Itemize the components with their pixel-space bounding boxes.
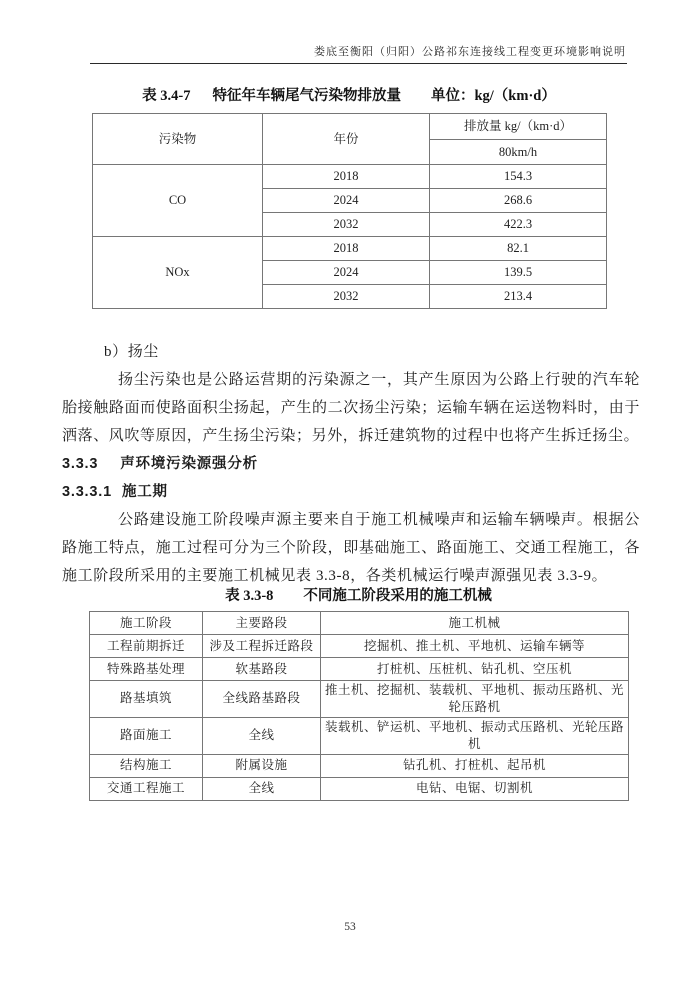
stage-cell: 特殊路基处理 [90, 658, 203, 681]
section-cell: 全线 [203, 717, 321, 754]
section-cell: 涉及工程拆迁路段 [203, 635, 321, 658]
table1-caption-unit: 单位：kg/（km·d） [431, 88, 556, 104]
machinery-header-cell: 施工机械 [321, 612, 629, 635]
pollutant-cell: NOx [93, 237, 263, 309]
machinery-table: 施工阶段 主要路段 施工机械 工程前期拆迁 涉及工程拆迁路段 挖掘机、推土机、平… [89, 611, 629, 801]
machinery-cell: 电钻、电锯、切割机 [321, 777, 629, 800]
emission-header-cell: 排放量 kg/（km·d） [430, 114, 607, 140]
running-header: 娄底至衡阳（归阳）公路祁东连接线工程变更环境影响说明 [314, 43, 626, 59]
section-title: 声环境污染源强分析 [120, 456, 258, 472]
section-cell: 全线路基路段 [203, 681, 321, 718]
page-number: 53 [0, 921, 700, 933]
dust-paragraph: 扬尘污染也是公路运营期的污染源之一，其产生原因为公路上行驶的汽车轮胎接触路面而使… [62, 366, 640, 450]
value-cell: 154.3 [430, 165, 607, 189]
pollutant-header-cell: 污染物 [93, 114, 263, 165]
section-title: 施工期 [122, 484, 168, 500]
machinery-cell: 装载机、铲运机、平地机、振动式压路机、光轮压路机 [321, 717, 629, 754]
table-header-row: 施工阶段 主要路段 施工机械 [90, 612, 629, 635]
table1-caption-title: 特征年车辆尾气污染物排放量 [212, 88, 401, 104]
speed-header-cell: 80km/h [430, 140, 607, 165]
section-number: 3.3.3 [62, 450, 98, 478]
value-cell: 213.4 [430, 285, 607, 309]
section-header-cell: 主要路段 [203, 612, 321, 635]
emissions-table: 污染物 年份 排放量 kg/（km·d） 80km/h CO 2018 154.… [92, 113, 607, 309]
table1-caption: 表 3.4-7特征年车辆尾气污染物排放量单位：kg/（km·d） [62, 84, 636, 105]
machinery-cell: 挖掘机、推土机、平地机、运输车辆等 [321, 635, 629, 658]
stage-cell: 路面施工 [90, 717, 203, 754]
dust-heading: b）扬尘 [62, 338, 640, 366]
pollutant-cell: CO [93, 165, 263, 237]
stage-cell: 结构施工 [90, 754, 203, 777]
table2-caption-title: 不同施工阶段采用的施工机械 [303, 588, 492, 604]
year-cell: 2024 [263, 261, 430, 285]
table2-caption-label: 表 3.3-8 [225, 588, 273, 604]
header-rule [90, 63, 627, 64]
document-page: 娄底至衡阳（归阳）公路祁东连接线工程变更环境影响说明 表 3.4-7特征年车辆尾… [0, 0, 700, 990]
year-cell: 2032 [263, 213, 430, 237]
table-row: NOx 2018 82.1 [93, 237, 607, 261]
value-cell: 139.5 [430, 261, 607, 285]
table-row: 工程前期拆迁 涉及工程拆迁路段 挖掘机、推土机、平地机、运输车辆等 [90, 635, 629, 658]
table-row: 路基填筑 全线路基路段 推土机、挖掘机、装载机、平地机、振动压路机、光轮压路机 [90, 681, 629, 718]
year-cell: 2018 [263, 165, 430, 189]
table-row: 污染物 年份 排放量 kg/（km·d） [93, 114, 607, 140]
stage-cell: 交通工程施工 [90, 777, 203, 800]
table1-caption-label: 表 3.4-7 [142, 88, 190, 104]
section-cell: 软基路段 [203, 658, 321, 681]
body-text: b）扬尘 扬尘污染也是公路运营期的污染源之一，其产生原因为公路上行驶的汽车轮胎接… [62, 338, 640, 590]
table-row: 特殊路基处理 软基路段 打桩机、压桩机、钻孔机、空压机 [90, 658, 629, 681]
table-row: 路面施工 全线 装载机、铲运机、平地机、振动式压路机、光轮压路机 [90, 717, 629, 754]
machinery-cell: 推土机、挖掘机、装载机、平地机、振动压路机、光轮压路机 [321, 681, 629, 718]
year-cell: 2032 [263, 285, 430, 309]
value-cell: 268.6 [430, 189, 607, 213]
table-row: CO 2018 154.3 [93, 165, 607, 189]
stage-cell: 工程前期拆迁 [90, 635, 203, 658]
section-heading-construction: 3.3.3.1施工期 [62, 478, 640, 506]
construction-paragraph: 公路建设施工阶段噪声源主要来自于施工机械噪声和运输车辆噪声。根据公路施工特点，施… [62, 506, 640, 590]
year-header-cell: 年份 [263, 114, 430, 165]
table-row: 交通工程施工 全线 电钻、电锯、切割机 [90, 777, 629, 800]
value-cell: 422.3 [430, 213, 607, 237]
table-row: 结构施工 附属设施 钻孔机、打桩机、起吊机 [90, 754, 629, 777]
section-cell: 全线 [203, 777, 321, 800]
table2-caption: 表 3.3-8不同施工阶段采用的施工机械 [89, 584, 628, 605]
section-number: 3.3.3.1 [62, 478, 112, 506]
machinery-cell: 钻孔机、打桩机、起吊机 [321, 754, 629, 777]
section-heading-noise: 3.3.3声环境污染源强分析 [62, 450, 640, 478]
stage-cell: 路基填筑 [90, 681, 203, 718]
year-cell: 2024 [263, 189, 430, 213]
section-cell: 附属设施 [203, 754, 321, 777]
year-cell: 2018 [263, 237, 430, 261]
stage-header-cell: 施工阶段 [90, 612, 203, 635]
machinery-cell: 打桩机、压桩机、钻孔机、空压机 [321, 658, 629, 681]
value-cell: 82.1 [430, 237, 607, 261]
